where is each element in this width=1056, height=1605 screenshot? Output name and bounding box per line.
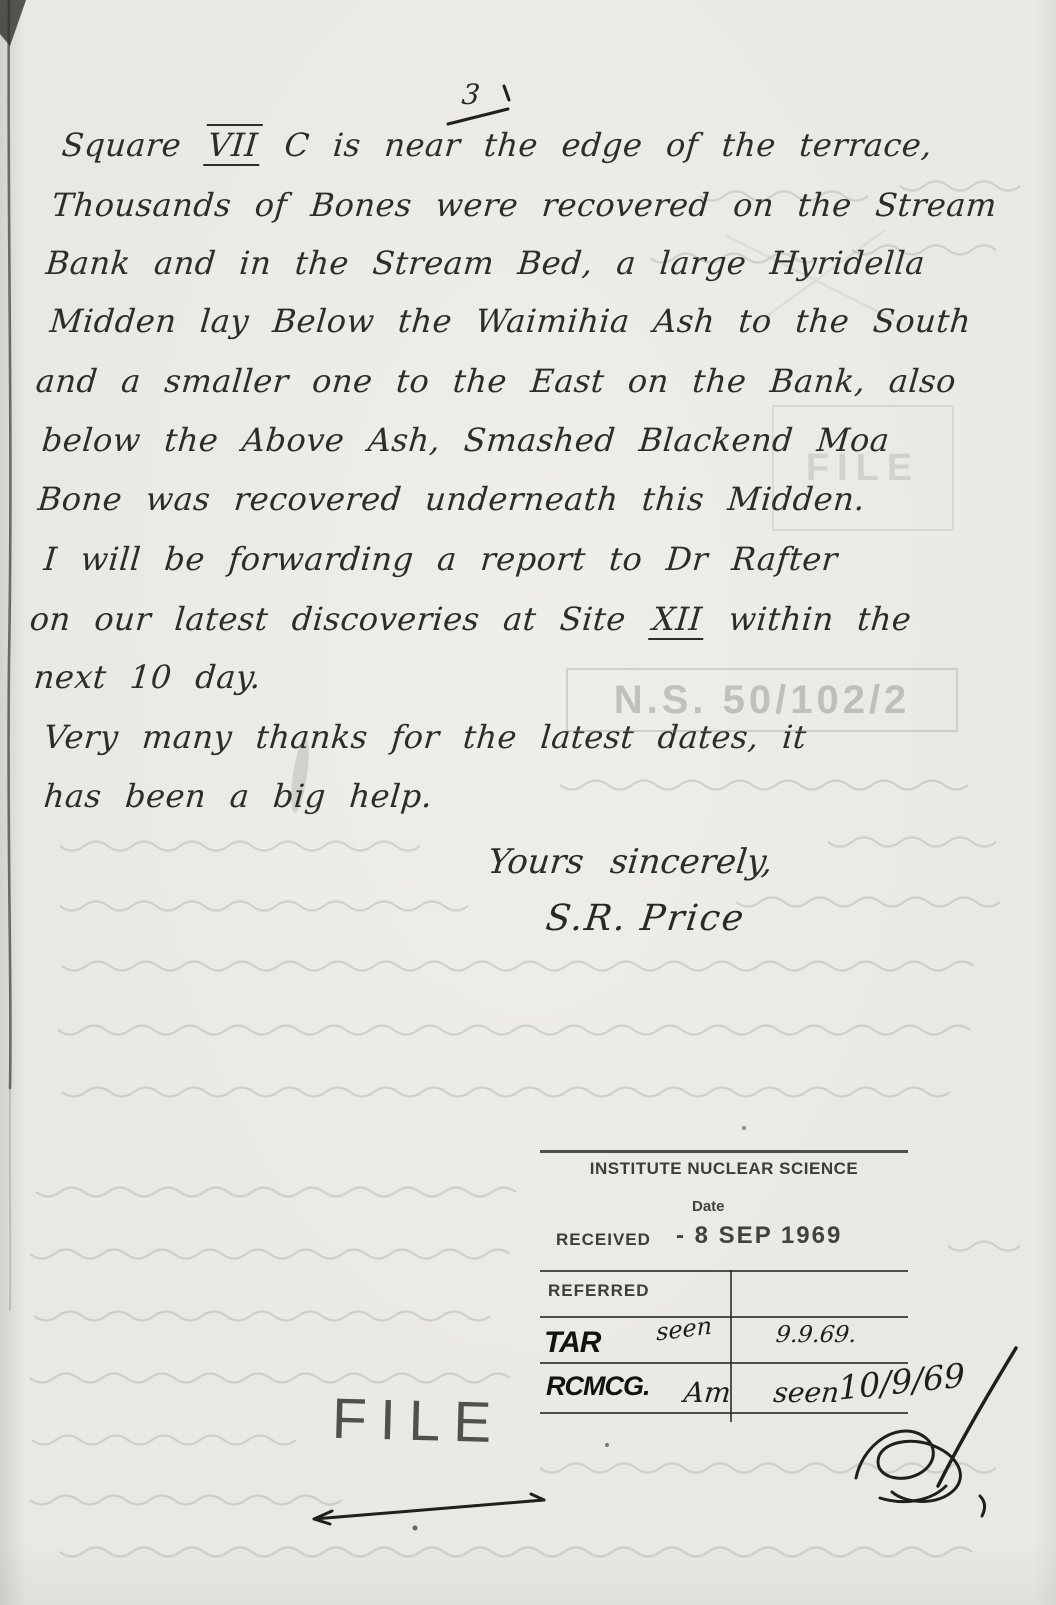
stamp-top-border <box>540 1150 908 1153</box>
letter-line: next 10 day. <box>32 658 262 696</box>
letter-line: Thousands of Bones were recovered on the… <box>50 186 998 224</box>
scanned-letter-page: 3 Square VII C is near the edge of the t… <box>0 0 1056 1605</box>
letter-line: below the Above Ash, Smashed Blackend Mo… <box>40 421 891 459</box>
stamp-bottom-border <box>540 1412 908 1414</box>
letter-line: Bone was recovered underneath this Midde… <box>36 480 866 518</box>
letter-closing: Yours sincerely, <box>486 842 775 882</box>
stamp-row2-note: Am seen <box>682 1376 841 1409</box>
letter-line: and a smaller one to the East on the Ban… <box>34 362 957 400</box>
letter-line: has been a big help. <box>42 777 434 815</box>
stamp-rule <box>540 1362 908 1364</box>
stamp-row1-date: 9.9.69. <box>775 1322 858 1348</box>
stamp-rule <box>540 1270 908 1272</box>
letter-line: Bank and in the Stream Bed, a large Hyri… <box>44 244 926 282</box>
stamp-row1-note: seen <box>656 1312 712 1347</box>
ghost-file-reference: N.S. 50/102/2 <box>614 678 911 723</box>
stamp-column-divider <box>730 1270 732 1422</box>
letter-line: on our latest discoveries at Site XII wi… <box>28 600 913 638</box>
underlined-numeral: XII <box>648 600 707 640</box>
corner-blotch <box>0 0 26 46</box>
file-annotation: FILE <box>331 1386 505 1456</box>
stamp-title: INSTITUTE NUCLEAR SCIENCE <box>540 1159 908 1179</box>
stamp-row1-initials: TAR <box>544 1326 600 1360</box>
page-number-underline <box>448 109 508 124</box>
stamp-rule <box>540 1316 908 1318</box>
stamp-referred-label: REFERRED <box>548 1281 650 1301</box>
letter-line: Square VII C is near the edge of the ter… <box>60 126 933 164</box>
stray-tick <box>504 86 509 100</box>
page-number: 3 <box>460 78 481 111</box>
signature: S.R. Price <box>543 898 747 939</box>
file-underline <box>314 1500 544 1519</box>
letter-line: Midden lay Below the Waimihia Ash to the… <box>48 302 972 340</box>
received-stamp: INSTITUTE NUCLEAR SCIENCE Date RECEIVED … <box>540 1150 908 1420</box>
stamp-received-date: - 8 SEP 1969 <box>676 1222 842 1250</box>
underlined-numeral: VII <box>203 124 263 166</box>
letter-line: I will be forwarding a report to Dr Raft… <box>42 540 839 578</box>
stamp-received-label: RECEIVED <box>556 1230 651 1250</box>
stamp-row2-initials: RCMCG. <box>546 1371 650 1402</box>
initials-scribble <box>856 1431 960 1501</box>
letter-line: Very many thanks for the latest dates, i… <box>42 718 808 756</box>
page-number-text: 3 <box>460 78 481 111</box>
page-crease <box>9 0 11 1310</box>
stamp-date-label: Date <box>692 1198 725 1215</box>
